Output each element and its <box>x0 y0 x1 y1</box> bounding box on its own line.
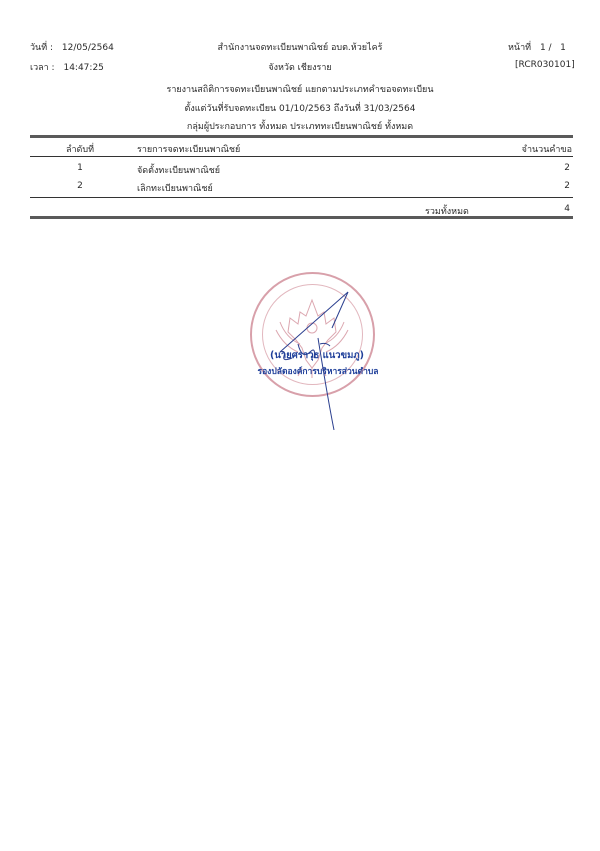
report-title: รายงานสถิติการจดทะเบียนพาณิชย์ แยกตามประ… <box>0 82 600 96</box>
row-no: 1 <box>40 163 120 173</box>
row-item: เลิกทะเบียนพาณิชย์ <box>137 181 213 195</box>
row-count: 2 <box>564 163 570 173</box>
province-name: จังหวัด เชียงราย <box>0 60 600 74</box>
column-header-count: จำนวนคำขอ <box>522 142 572 156</box>
row-no: 2 <box>40 181 120 191</box>
table-total-rule <box>30 197 573 198</box>
row-count: 2 <box>564 181 570 191</box>
table-bottom-rule <box>30 216 573 219</box>
row-item: จัดตั้งทะเบียนพาณิชย์ <box>137 163 220 177</box>
table-header-rule <box>30 156 573 157</box>
table-top-rule <box>30 135 573 138</box>
report-date-range: ตั้งแต่วันที่รับจดทะเบียน 01/10/2563 ถึง… <box>0 101 600 115</box>
total-value: 4 <box>564 204 570 214</box>
column-header-item: รายการจดทะเบียนพาณิชย์ <box>137 142 240 156</box>
page-number-value: 1 / 1 <box>540 43 566 53</box>
column-header-no: ลำดับที่ <box>40 142 120 156</box>
signatory-position: รองปลัดองค์การบริหารส่วนตำบล <box>248 364 388 378</box>
report-code: [RCR030101] <box>515 60 575 70</box>
page-number: หน้าที่ 1 / 1 <box>508 40 566 54</box>
report-filter: กลุ่มผู้ประกอบการ ทั้งหมด ประเภททะเบียนพ… <box>0 119 600 133</box>
signatory-name: (นายศราวุธ แนวขมภู) <box>262 348 372 363</box>
page-number-label: หน้าที่ <box>508 43 531 53</box>
